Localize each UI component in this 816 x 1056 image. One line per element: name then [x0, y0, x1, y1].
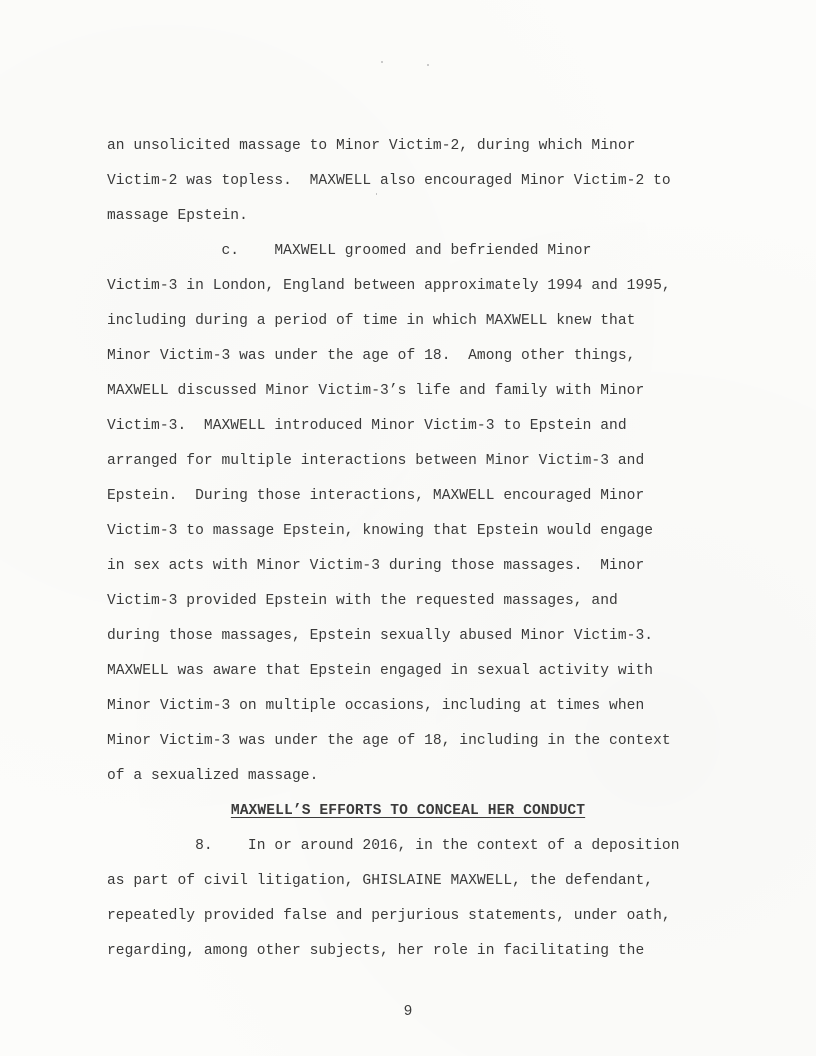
- document-page: an unsolicited massage to Minor Victim-2…: [0, 0, 816, 1056]
- body-text-line: repeatedly provided false and perjurious…: [107, 907, 671, 925]
- paragraph-8-start: 8. In or around 2016, in the context of …: [107, 837, 680, 855]
- body-text-line: as part of civil litigation, GHISLAINE M…: [107, 872, 653, 890]
- body-text-line: MAXWELL was aware that Epstein engaged i…: [107, 662, 653, 680]
- body-text-line: Minor Victim-3 was under the age of 18, …: [107, 732, 671, 750]
- scan-speck: [381, 61, 383, 63]
- scan-speck: [427, 64, 429, 66]
- body-text-line: Victim-3 in London, England between appr…: [107, 277, 671, 295]
- body-text-line: massage Epstein.: [107, 207, 248, 225]
- page-number: 9: [0, 1003, 816, 1021]
- body-text-line: Victim-3 provided Epstein with the reque…: [107, 592, 618, 610]
- body-text-line: in sex acts with Minor Victim-3 during t…: [107, 557, 644, 575]
- body-text-line: an unsolicited massage to Minor Victim-2…: [107, 137, 635, 155]
- body-text-line: of a sexualized massage.: [107, 767, 318, 785]
- body-text-line: including during a period of time in whi…: [107, 312, 635, 330]
- body-text-line: during those massages, Epstein sexually …: [107, 627, 653, 645]
- body-text-line: Epstein. During those interactions, MAXW…: [107, 487, 644, 505]
- body-text-line: Victim-3. MAXWELL introduced Minor Victi…: [107, 417, 627, 435]
- subparagraph-c-start: c. MAXWELL groomed and befriended Minor: [107, 242, 591, 260]
- body-text-line: MAXWELL discussed Minor Victim-3’s life …: [107, 382, 644, 400]
- body-text-line: Minor Victim-3 was under the age of 18. …: [107, 347, 635, 365]
- scan-speck: [376, 193, 377, 195]
- body-text-line: Minor Victim-3 on multiple occasions, in…: [107, 697, 644, 715]
- section-heading: MAXWELL’S EFFORTS TO CONCEAL HER CONDUCT: [0, 802, 816, 820]
- body-text-line: regarding, among other subjects, her rol…: [107, 942, 644, 960]
- body-text-line: Victim-2 was topless. MAXWELL also encou…: [107, 172, 671, 190]
- body-text-line: Victim-3 to massage Epstein, knowing tha…: [107, 522, 653, 540]
- body-text-line: arranged for multiple interactions betwe…: [107, 452, 644, 470]
